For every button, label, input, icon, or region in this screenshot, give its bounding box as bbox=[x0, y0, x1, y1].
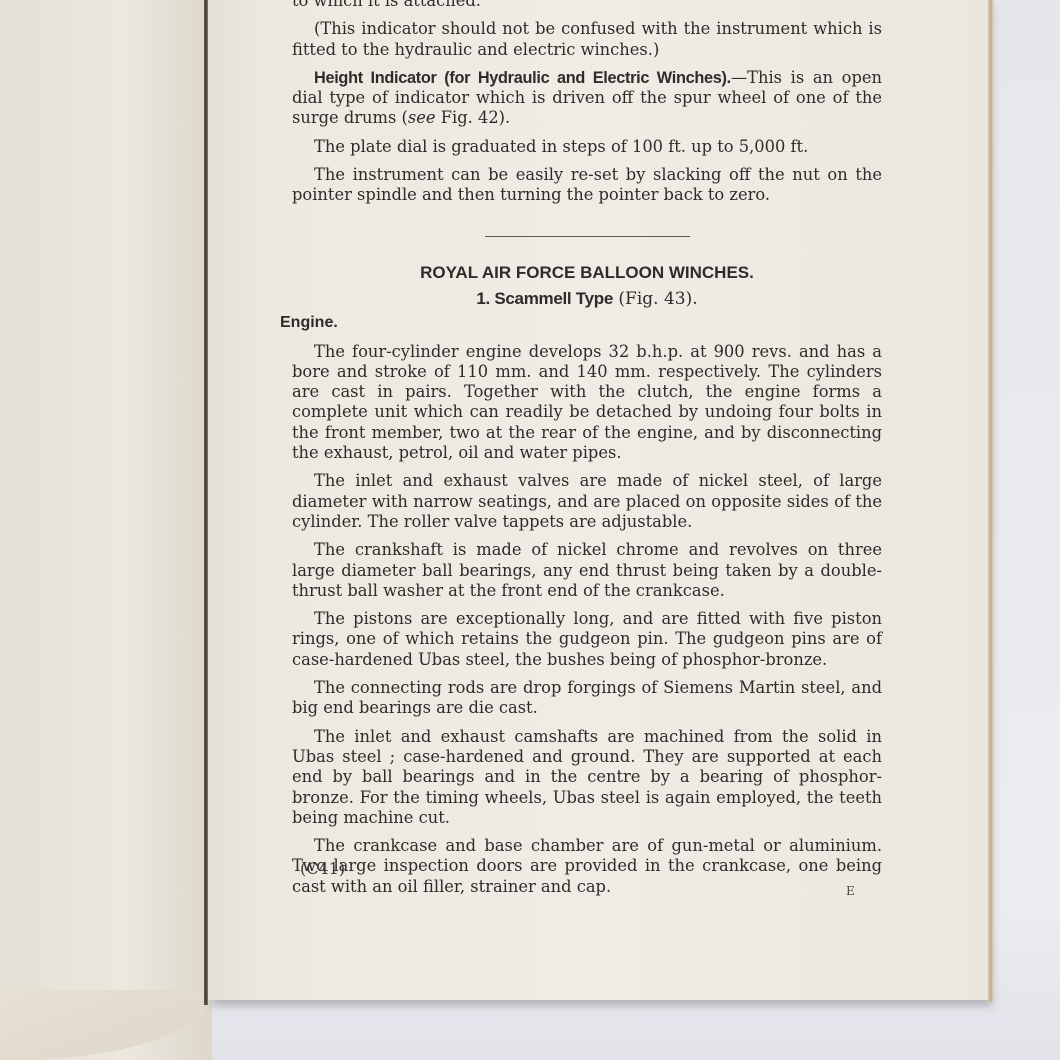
section-divider bbox=[485, 236, 690, 237]
subsection-title: 1. Scammell Type bbox=[476, 289, 613, 308]
engine-side-heading: Engine. bbox=[280, 313, 882, 333]
crankshaft-paragraph: The crankshaft is made of nickel chrome … bbox=[292, 540, 882, 601]
fig-reference: Fig. 42). bbox=[436, 108, 511, 127]
page-text: to which it is attached. (This indicator… bbox=[292, 0, 882, 905]
camshafts-paragraph: The inlet and exhaust camshafts are mach… bbox=[292, 727, 882, 828]
engine-paragraph: The four-cylinder engine develops 32 b.h… bbox=[292, 342, 882, 464]
book-gutter bbox=[204, 0, 208, 1005]
indicator-note: (This indicator should not be confused w… bbox=[292, 19, 882, 60]
subsection-heading: 1. Scammell Type (Fig. 43). bbox=[292, 289, 882, 309]
section-heading: ROYAL AIR FORCE BALLOON WINCHES. bbox=[292, 263, 882, 283]
height-indicator-paragraph: Height Indicator (for Hydraulic and Elec… bbox=[292, 68, 882, 129]
subsection-fig-ref: (Fig. 43). bbox=[613, 289, 698, 309]
crankcase-paragraph: The crankcase and base chamber are of gu… bbox=[292, 836, 882, 897]
connecting-rods-paragraph: The connecting rods are drop forgings of… bbox=[292, 678, 882, 719]
print-code: (C41) bbox=[300, 859, 345, 878]
valves-paragraph: The inlet and exhaust valves are made of… bbox=[292, 471, 882, 532]
plate-dial-paragraph: The plate dial is graduated in steps of … bbox=[292, 137, 882, 157]
pistons-paragraph: The pistons are exceptionally long, and … bbox=[292, 609, 882, 670]
signature-mark: E bbox=[846, 884, 855, 898]
reset-paragraph: The instrument can be easily re-set by s… bbox=[292, 165, 882, 206]
page-stack-edge bbox=[988, 0, 994, 1002]
cut-top-line: to which it is attached. bbox=[292, 0, 882, 11]
height-indicator-heading: Height Indicator (for Hydraulic and Elec… bbox=[314, 69, 731, 87]
see-italic: see bbox=[408, 108, 436, 127]
left-page bbox=[0, 0, 212, 1060]
